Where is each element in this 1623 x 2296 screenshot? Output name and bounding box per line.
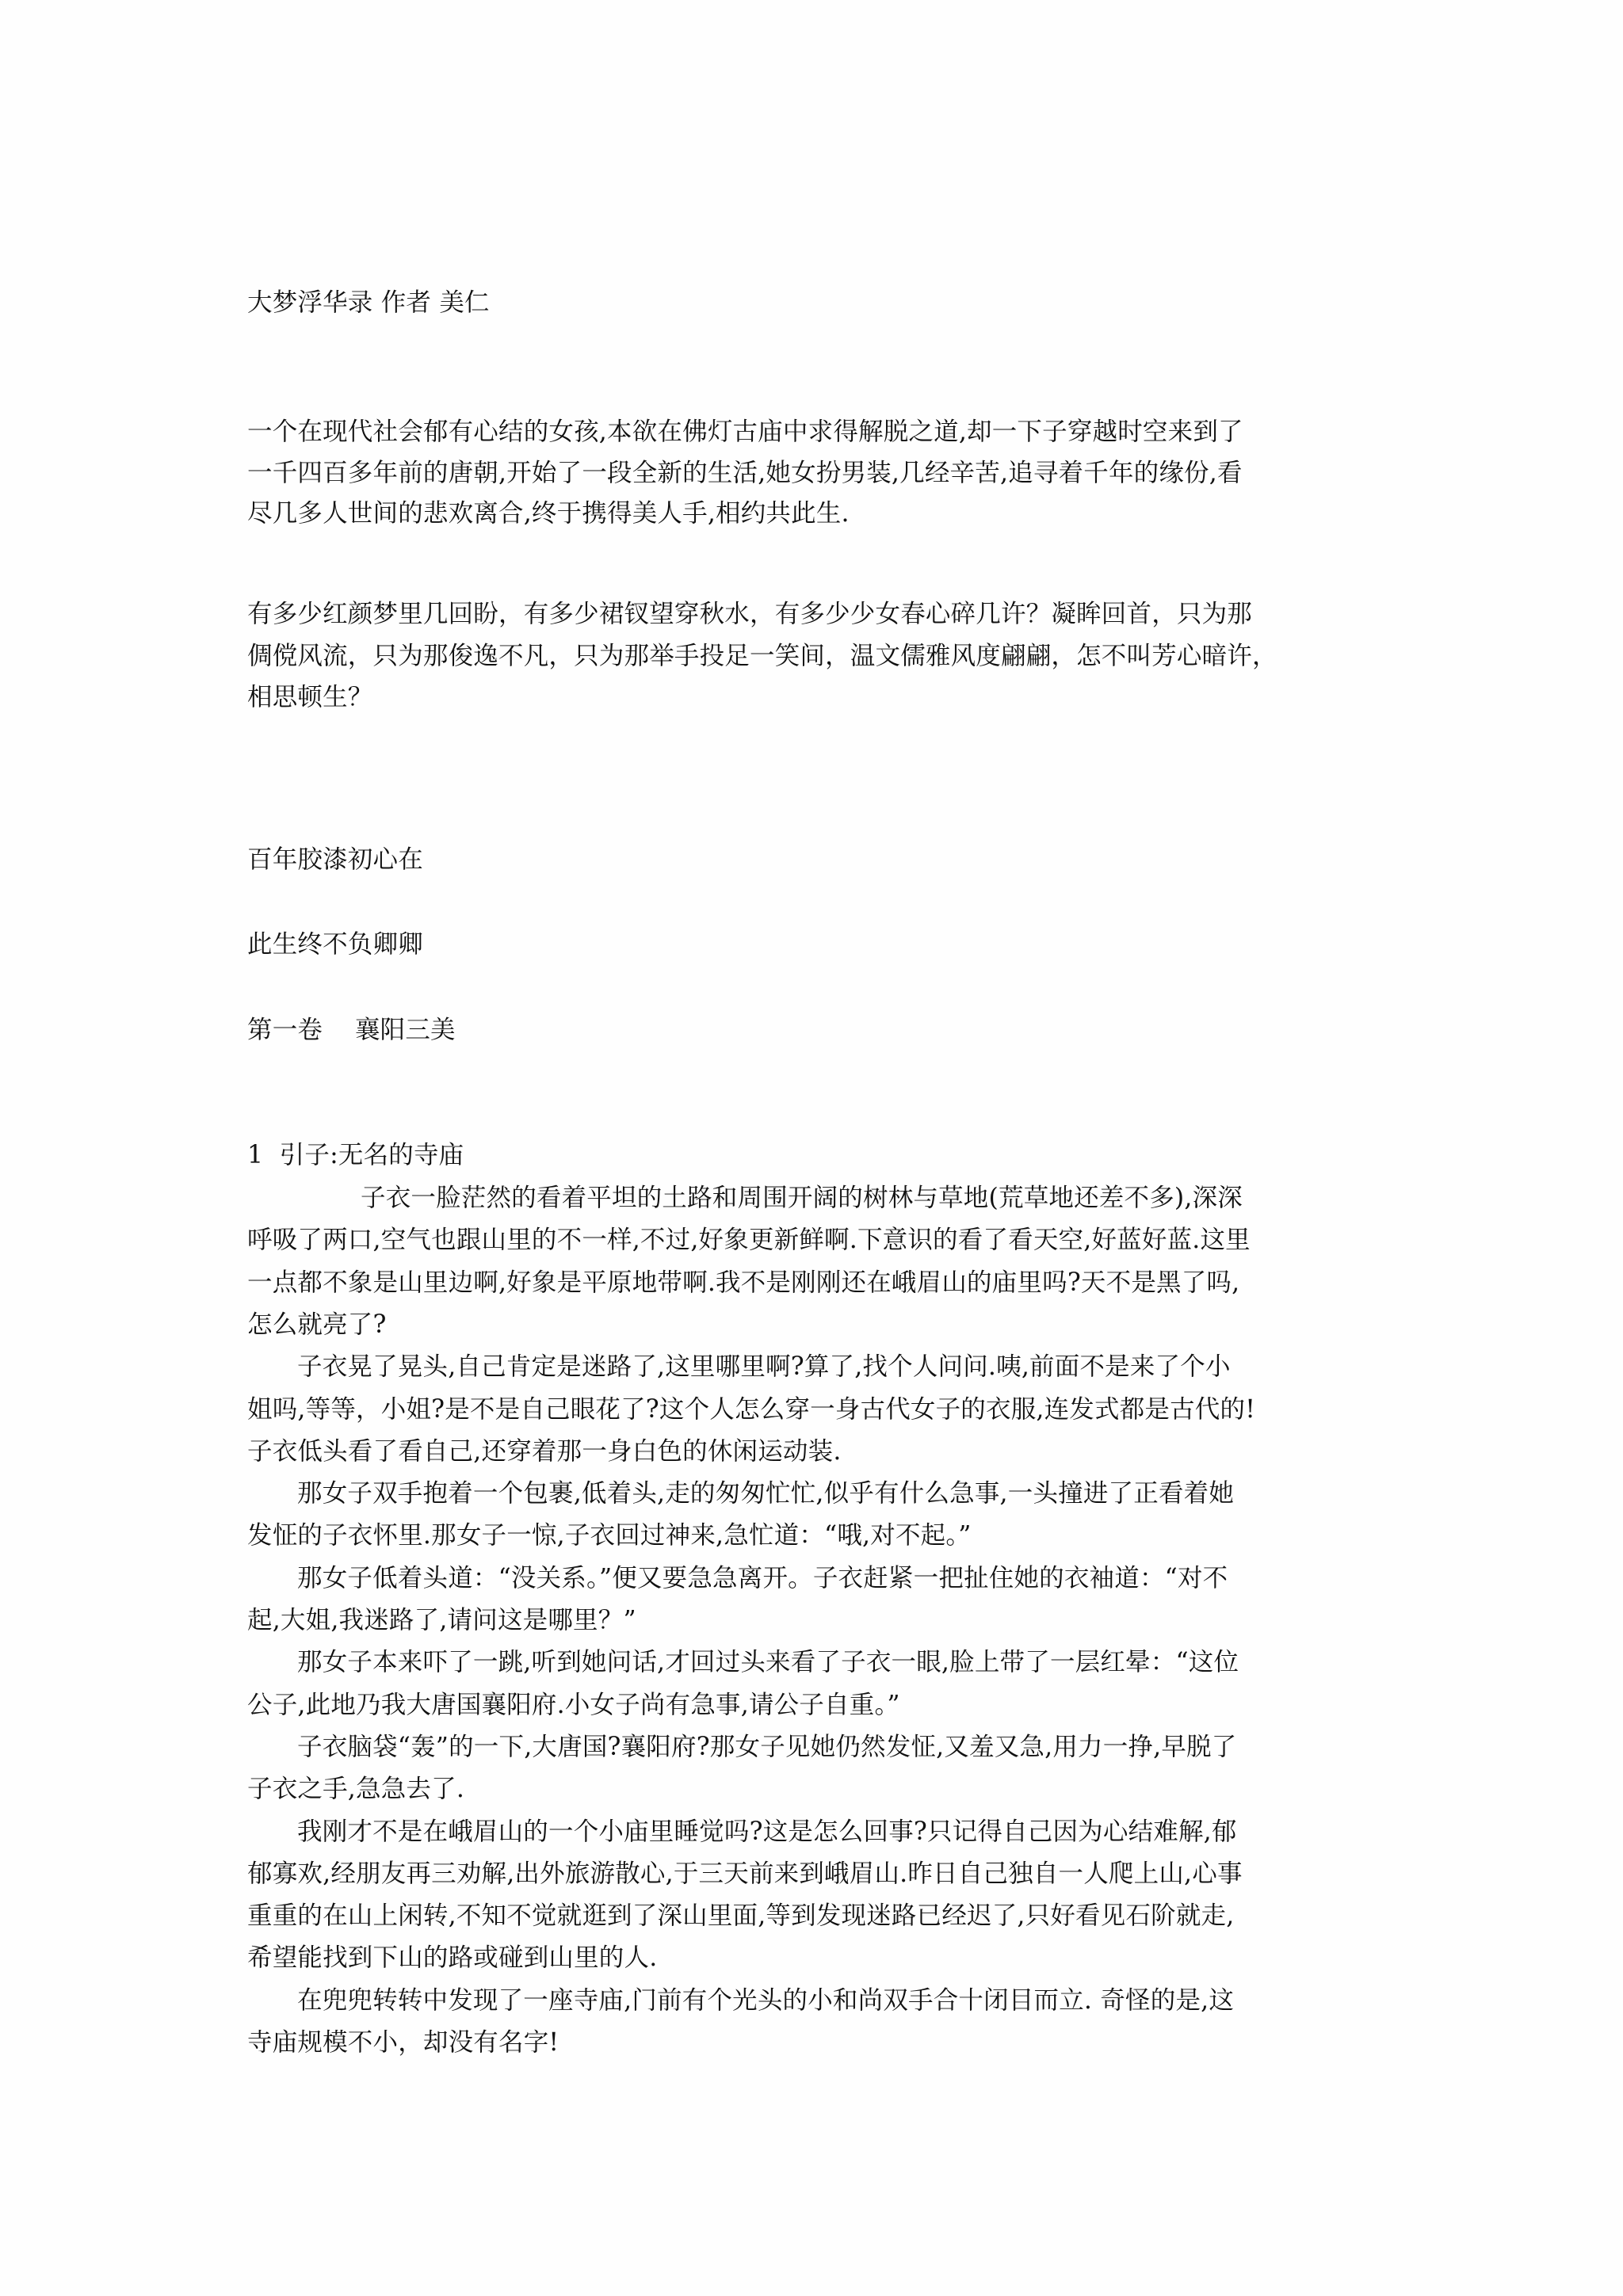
body-text-line: 在兜兜转转中发现了一座寺庙,门前有个光头的小和尚双手合十闭目而立. 奇怪的是,这 <box>297 1985 1234 2016</box>
body-text-line: 郁寡欢,经朋友再三劝解,出外旅游散心,于三天前来到峨眉山.昨日自己独自一人爬上山… <box>247 1858 1243 1890</box>
text-line: 倜傥风流，只为那俊逸不凡，只为那举手投足一笑间，温文儒雅风度翩翩，怎不叫芳心暗许… <box>247 640 1277 672</box>
body-text-line: 子衣之手,急急去了. <box>247 1773 464 1805</box>
body-text-line: 重重的在山上闲转,不知不觉就逛到了深山里面,等到发现迷路已经迟了,只好看见石阶就… <box>247 1900 1234 1932</box>
body-text-line: 呼吸了两口,空气也跟山里的不一样,不过,好象更新鲜啊.下意识的看了看天空,好蓝好… <box>247 1224 1251 1256</box>
body-text-line: 子衣低头看了看自己,还穿着那一身白色的休闲运动装. <box>247 1436 842 1467</box>
body-text-line: 子衣晃了晃头,自己肯定是迷路了,这里哪里啊?算了,找个人问问.咦,前面不是来了个… <box>297 1351 1231 1383</box>
body-text-line: 那女子双手抱着一个包裹,低着头,走的匆匆忙忙,似乎有什么急事,一头撞进了正看着她 <box>297 1478 1234 1509</box>
volume-heading: 第一卷 襄阳三美 <box>247 1014 456 1046</box>
text-line: 尽几多人世间的悲欢离合,终于携得美人手,相约共此生. <box>247 498 850 529</box>
text-line: 一个在现代社会郁有心结的女孩,本欲在佛灯古庙中求得解脱之道,却一下子穿越时空来到… <box>247 416 1243 448</box>
document-page: 大梦浮华录 作者 美仁 一个在现代社会郁有心结的女孩,本欲在佛灯古庙中求得解脱之… <box>0 0 1623 2296</box>
text-line: 相思顿生？ <box>247 681 373 713</box>
text-line: 一千四百多年前的唐朝,开始了一段全新的生活,她女扮男装,几经辛苦,追寻着千年的缘… <box>247 457 1243 489</box>
body-text-line: 我刚才不是在峨眉山的一个小庙里睡觉吗?这是怎么回事?只记得自己因为心结难解,郁 <box>297 1816 1237 1848</box>
body-text-line: 希望能找到下山的路或碰到山里的人. <box>247 1942 657 1974</box>
body-text-line: 那女子本来吓了一跳,听到她问话,才回过头来看了子衣一眼,脸上带了一层红晕：“这位 <box>297 1646 1239 1678</box>
body-text-line: 起,大姐,我迷路了,请问这是哪里？” <box>247 1604 636 1636</box>
poem-line-2: 此生终不负卿卿 <box>247 929 423 960</box>
body-text-line: 子衣脑袋“轰”的一下,大唐国?襄阳府?那女子见她仍然发怔,又羞又急,用力一挣,早… <box>297 1731 1236 1763</box>
body-text-line: 寺庙规模不小，却没有名字! <box>247 2027 559 2058</box>
body-text-line: 发怔的子衣怀里.那女子一惊,子衣回过神来,急忙道：“哦,对不起。” <box>247 1520 972 1551</box>
body-text-line: 姐吗,等等，小姐?是不是自己眼花了?这个人怎么穿一身古代女子的衣服,连发式都是古… <box>247 1394 1255 1425</box>
body-text-line: 一点都不象是山里边啊,好象是平原地带啊.我不是刚刚还在峨眉山的庙里吗?天不是黑了… <box>247 1267 1239 1299</box>
book-title-line: 大梦浮华录 作者 美仁 <box>247 287 490 318</box>
body-text-line: 怎么就亮了? <box>247 1309 387 1341</box>
chapter-heading: 1 引子:无名的寺庙 <box>247 1139 464 1171</box>
body-text-line: 子衣一脸茫然的看着平坦的土路和周围开阔的树林与草地(荒草地还差不多),深深 <box>361 1182 1243 1214</box>
body-text-line: 那女子低着头道：“没关系。”便又要急急离开。子衣赶紧一把扯住她的衣袖道：“对不 <box>297 1562 1228 1594</box>
poem-line-1: 百年胶漆初心在 <box>247 844 423 875</box>
text-line: 有多少红颜梦里几回盼，有多少裙钗望穿秋水，有多少少女春心碎几许？凝眸回首，只为那 <box>247 598 1252 630</box>
body-text-line: 公子,此地乃我大唐国襄阳府.小女子尚有急事,请公子自重。” <box>247 1689 900 1721</box>
